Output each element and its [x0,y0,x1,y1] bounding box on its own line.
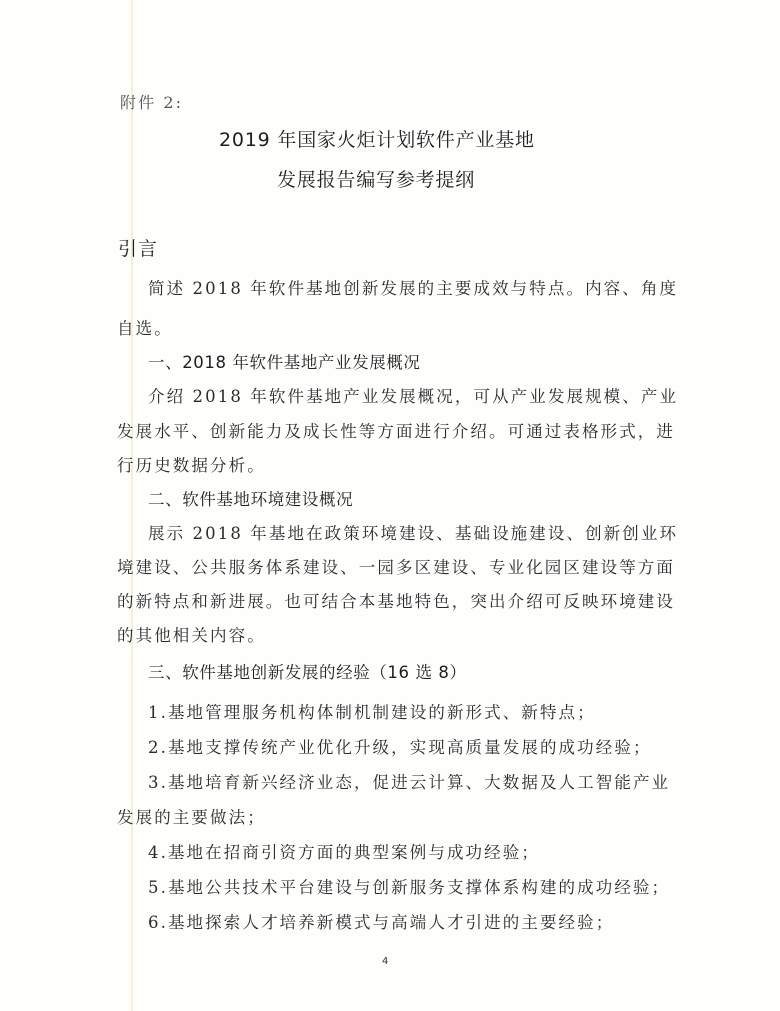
experience-list-item: 2.基地支撑传统产业优化升级，实现高质量发展的成功经验； [148,737,652,759]
experience-list-item: 4.基地在招商引资方面的典型案例与成功经验； [148,842,540,864]
section-1-paragraph-line: 发展水平、创新能力及成长性等方面进行介绍。可通过表格形式，进 [117,421,675,443]
experience-list-item-continuation: 发展的主要做法； [117,807,266,829]
document-title-line-2: 发展报告编写参考提纲 [277,168,475,192]
experience-list-item: 3.基地培育新兴经济业态，促进云计算、大数据及人工智能产业 [148,772,670,794]
scan-edge-line [131,0,133,1011]
section-2-paragraph-line: 的新特点和新进展。也可结合本基地特色，突出介绍可反映环境建设 [117,591,675,613]
section-1-paragraph-line: 行历史数据分析。 [117,455,266,477]
document-page: 附件 2: 2019 年国家火炬计划软件产业基地 发展报告编写参考提纲 引言 简… [0,0,780,1011]
section-heading-1: 一、2018 年软件基地产业发展概况 [148,352,421,374]
intro-heading: 引言 [118,238,158,260]
experience-list-item: 1.基地管理服务机构体制机制建设的新形式、新特点； [148,702,596,724]
attachment-label: 附件 2: [120,92,183,114]
intro-paragraph-line: 简述 2018 年软件基地创新发展的主要成效与特点。内容、角度 [148,278,678,300]
section-heading-2: 二、软件基地环境建设概况 [148,489,353,511]
page-number: 4 [382,956,388,967]
section-1-paragraph-line: 介绍 2018 年软件基地产业发展概况，可从产业发展规模、产业 [148,386,678,408]
document-title-line-1: 2019 年国家火炬计划软件产业基地 [219,128,535,152]
section-heading-3: 三、软件基地创新发展的经验（16 选 8） [148,662,467,684]
experience-list-item: 5.基地公共技术平台建设与创新服务支撑体系构建的成功经验； [148,877,670,899]
experience-list-item: 6.基地探索人才培养新模式与高端人才引进的主要经验； [148,912,614,934]
section-2-paragraph-line: 境建设、公共服务体系建设、一园多区建设、专业化园区建设等方面 [117,557,675,579]
section-2-paragraph-line: 展示 2018 年基地在政策环境建设、基础设施建设、创新创业环 [148,523,678,545]
section-2-paragraph-line: 的其他相关内容。 [117,625,266,647]
intro-paragraph-line: 自选。 [117,318,173,340]
